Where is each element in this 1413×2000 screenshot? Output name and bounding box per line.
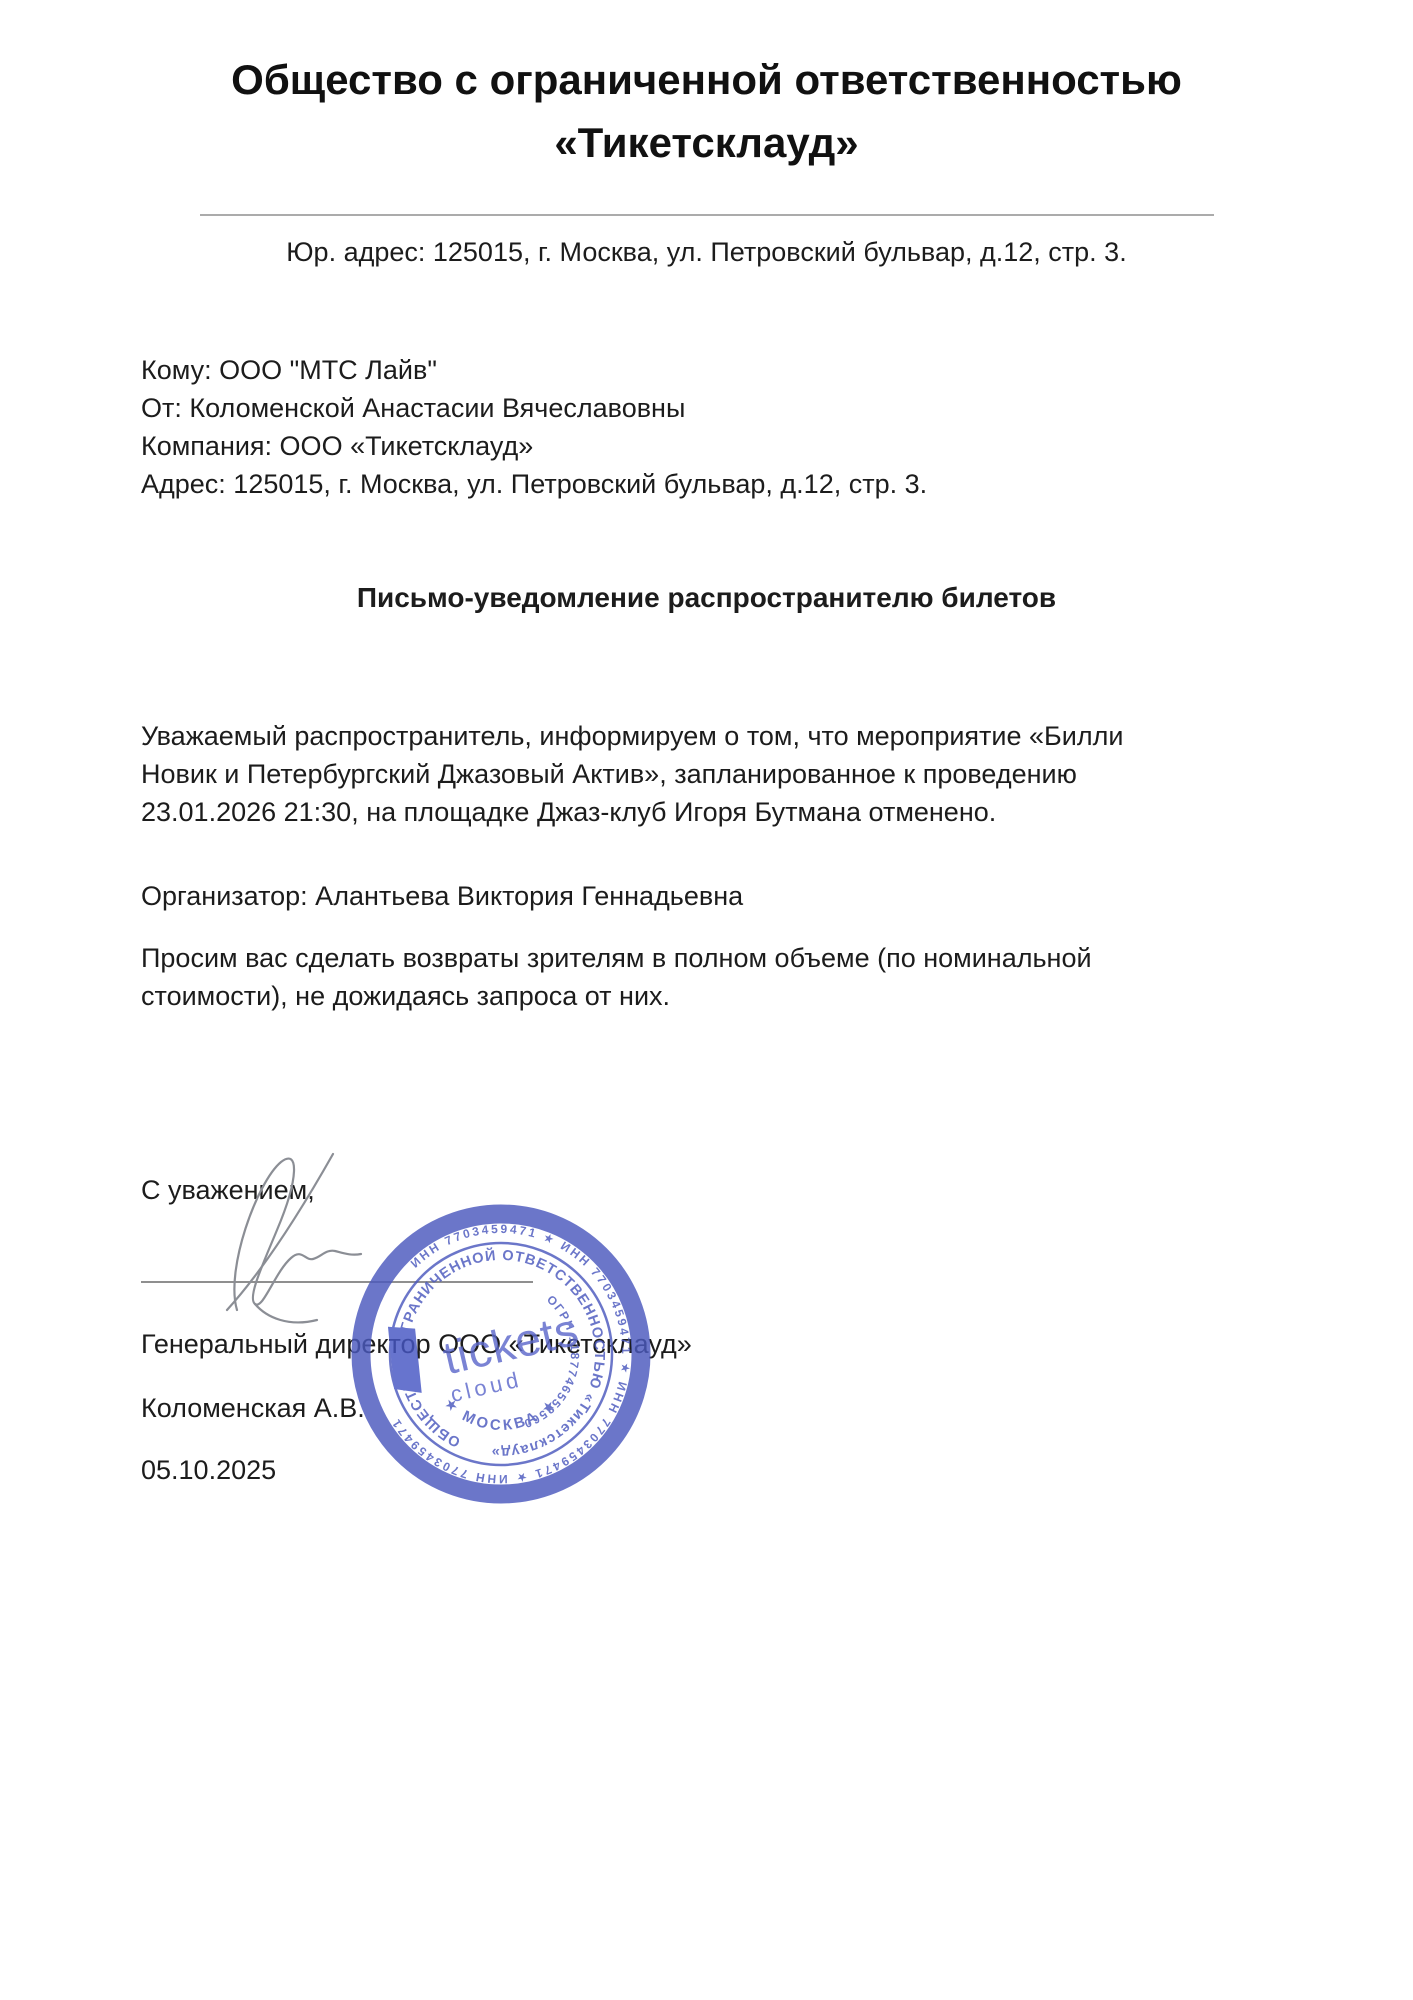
header-divider bbox=[200, 214, 1214, 216]
signature-tail bbox=[255, 1304, 317, 1322]
cancellation-paragraph: Уважаемый распространитель, информируем … bbox=[141, 717, 1272, 831]
signature-flourish bbox=[227, 1154, 333, 1310]
signatory-name: Коломенская А.В. bbox=[141, 1389, 1272, 1427]
company-stamp: ИНН 7703459471 ★ ИНН 7703459471 ★ ИНН 77… bbox=[350, 1203, 652, 1505]
letter-title: Общество с ограниченной ответственностью… bbox=[141, 48, 1272, 174]
legal-address: Юр. адрес: 125015, г. Москва, ул. Петров… bbox=[141, 233, 1272, 271]
refund-paragraph: Просим вас сделать возвраты зрителям в п… bbox=[141, 939, 1272, 1015]
letter-date: 05.10.2025 bbox=[141, 1451, 1272, 1489]
letter-page: Общество с ограниченной ответственностью… bbox=[0, 0, 1413, 2000]
organizer-line: Организатор: Алантьева Виктория Геннадье… bbox=[141, 877, 1272, 915]
recipient-block: Кому: ООО "МТС Лайв" От: Коломенской Ана… bbox=[141, 351, 1272, 503]
signature-stroke bbox=[234, 1159, 361, 1310]
subject-line: Письмо-уведомление распространителю биле… bbox=[141, 579, 1272, 617]
logo-flag-icon bbox=[380, 1321, 429, 1399]
